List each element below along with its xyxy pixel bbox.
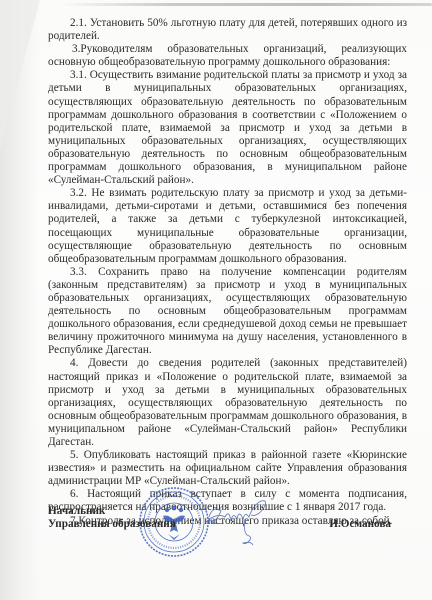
scan-top-edge [60,3,432,6]
scanned-page: 2.1. Установить 50% льготную плату для д… [0,0,432,600]
signatory-title-line2: Управления образования [48,518,176,531]
paragraph-3-2: 3.2. Не взимать родительскую плату за пр… [48,187,407,266]
paragraph-2-1: 2.1. Установить 50% льготную плату для д… [48,17,407,43]
paragraph-3-3: 3.3. Сохранить право на получение компен… [48,266,407,358]
signatory-title: Начальник Управления образования [48,505,176,531]
paragraph-3-1: 3.1. Осуществить взимание родительской п… [48,69,407,187]
signatory-title-line1: Начальник [48,505,176,518]
paragraph-3: 3.Руководителям образовательных организа… [48,43,407,69]
signature-block: Начальник Управления образования И.Осман… [48,505,407,565]
paragraph-4: 4. Довести до сведения родителей (законн… [48,357,407,449]
scan-fold-shadow [0,0,40,150]
paragraph-5: 5. Опубликовать настоящий приказ в район… [48,449,407,488]
signatory-name: И.Османова [329,518,391,531]
document-body: 2.1. Установить 50% льготную плату для д… [48,17,407,528]
